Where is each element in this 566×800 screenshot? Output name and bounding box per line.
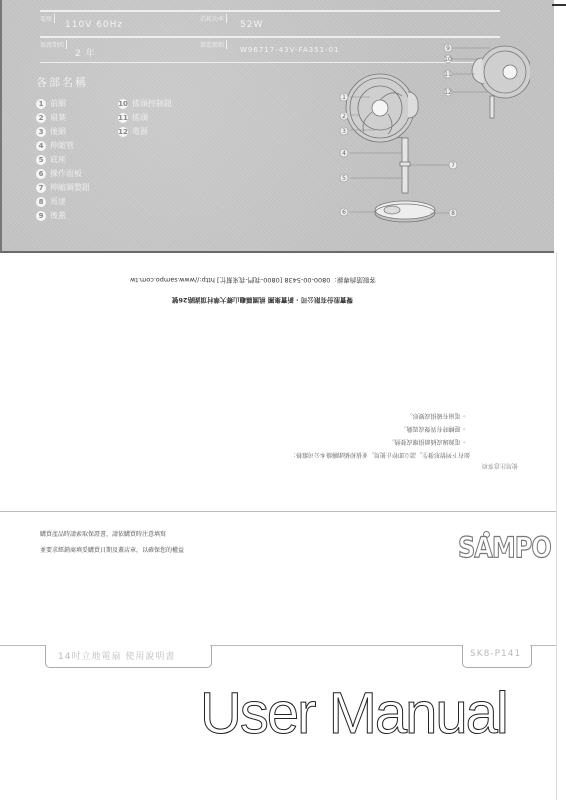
spec-label: 製造號碼 [200, 40, 227, 49]
part-item: 11搖頭 [118, 112, 148, 123]
part-item: 7伸縮調整鈕 [36, 182, 90, 193]
manual-title: User Manual [200, 680, 507, 747]
part-name: 前網 [50, 98, 66, 109]
spec-value: 2 年 [75, 46, 96, 59]
part-name: 搖頭 [132, 112, 148, 123]
part-item: 6操作面板 [36, 168, 82, 179]
model-number: SK8-P141 [470, 649, 521, 659]
spec-value: 110V 60Hz [65, 20, 123, 30]
svg-text:11: 11 [444, 71, 452, 78]
part-number-badge: 3 [36, 127, 46, 137]
notes-heading: 使用注意事項 [482, 462, 518, 471]
part-name: 伸縮調整鈕 [50, 182, 90, 193]
parts-title: 各部名稱 [36, 74, 88, 90]
part-name: 搖頭控制鈕 [132, 98, 172, 109]
brand-logo: SAMPO [458, 531, 551, 565]
band-line-right [530, 645, 556, 646]
part-number-badge: 8 [36, 197, 46, 207]
part-name: 馬達 [50, 196, 66, 207]
fold-line [556, 252, 557, 800]
part-item: 2扇葉 [36, 112, 66, 123]
part-name: 電源 [132, 126, 148, 137]
corner-mark [552, 4, 566, 6]
part-item: 10搖頭控制鈕 [118, 98, 172, 109]
svg-text:12: 12 [444, 89, 452, 96]
note-items: ◦ 電源線或插頭損壞或發熱。◦ 運轉時有異聲或震動。◦ 電扇有破損或變形。 [290, 412, 470, 447]
part-item: 8馬達 [36, 196, 66, 207]
band-line-left [0, 645, 45, 646]
part-number-badge: 4 [36, 141, 46, 151]
svg-text:7: 7 [451, 162, 455, 169]
part-number-badge: 2 [36, 113, 46, 123]
note-item: ◦ 運轉時有異聲或震動。 [290, 425, 466, 434]
part-item: 12電源 [118, 126, 148, 137]
usage-notes: 使用注意事項 如有下列情形發生，請立即停止使用，並拔掉插頭聯絡本公司維修： ◦ … [290, 408, 470, 464]
spec-label: 消耗功率 [200, 14, 227, 23]
part-item: 1前網 [36, 98, 66, 109]
diagram-labels-right: 9 10 11 12 7 8 [444, 44, 457, 217]
part-number-badge: 1 [36, 99, 46, 109]
company-address: 聲寶股份有限公司 · 新寶集團 桃園縣龜山鄉大華村頂湖路26號 [172, 296, 353, 305]
part-item: 5底座 [36, 154, 66, 165]
note-bullet: 如有下列情形發生，請立即停止使用，並拔掉插頭聯絡本公司維修： [290, 451, 470, 460]
part-item: 4伸縮管 [36, 140, 74, 151]
part-name: 伸縮管 [50, 140, 74, 151]
part-number-badge: 10 [118, 99, 128, 109]
spec-label: 電壓 [40, 14, 55, 23]
svg-text:1: 1 [342, 94, 346, 101]
part-number-badge: 11 [118, 113, 128, 123]
band-line-mid [210, 645, 462, 646]
spec-label: 保證期間 [40, 40, 67, 49]
svg-text:9: 9 [446, 45, 450, 52]
note-item: ◦ 電源線或插頭損壞或發熱。 [290, 438, 466, 447]
svg-text:10: 10 [444, 56, 452, 63]
svg-text:6: 6 [342, 209, 346, 216]
part-item: 9後蓋 [36, 210, 66, 221]
part-name: 操作面板 [50, 168, 82, 179]
part-name: 後網 [50, 126, 66, 137]
product-name: 14吋立地電扇 使用說明書 [58, 649, 175, 662]
part-item: 3後網 [36, 126, 66, 137]
part-number-badge: 12 [118, 127, 128, 137]
svg-text:5: 5 [342, 175, 346, 182]
part-name: 後蓋 [50, 210, 66, 221]
svg-text:2: 2 [342, 113, 346, 120]
warning-line-1: 購買產品時請索取保證書，請依購買時注意填寫 [40, 529, 166, 538]
part-number-badge: 6 [36, 169, 46, 179]
part-number-badge: 5 [36, 155, 46, 165]
warning-line-2: 並要求經銷商填妥購買日期及蓋店章，以確保您的權益 [40, 545, 184, 554]
company-hotline: 客服諮詢專線：0800-00-5438 [0800-我們-我來幫忙] http:… [130, 276, 376, 285]
part-name: 底座 [50, 154, 66, 165]
svg-text:4: 4 [342, 150, 346, 157]
part-number-badge: 9 [36, 211, 46, 221]
part-name: 扇葉 [50, 112, 66, 123]
fan-diagram: 1 2 3 4 5 6 9 10 11 12 7 8 [330, 30, 530, 230]
note-item: ◦ 電扇有破損或變形。 [290, 412, 466, 421]
svg-text:3: 3 [342, 128, 346, 135]
spec-value: W96717-43V-FA351-01 [240, 46, 340, 54]
spec-value: 52W [240, 20, 263, 30]
part-number-badge: 7 [36, 183, 46, 193]
svg-text:8: 8 [451, 210, 455, 217]
section-divider [0, 511, 556, 512]
